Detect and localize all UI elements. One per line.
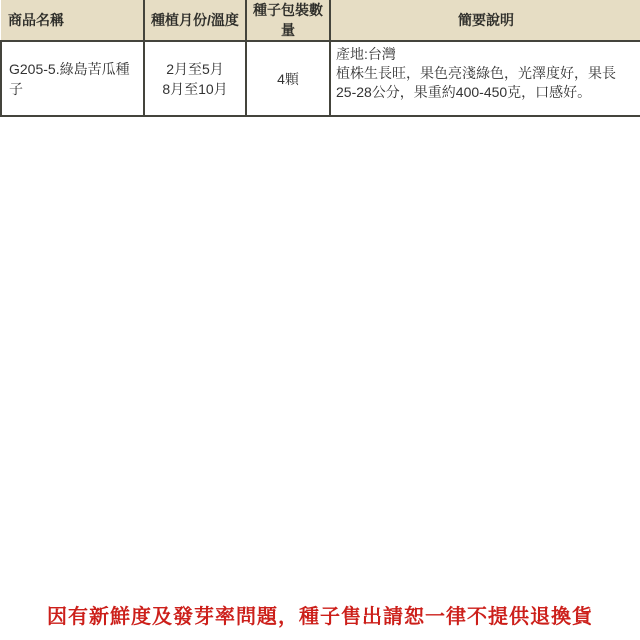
cell-product-name: G205-5.綠島苦瓜種子 — [1, 41, 144, 116]
planting-months-line2: 8月至10月 — [149, 79, 241, 99]
cell-planting-months: 2月至5月 8月至10月 — [144, 41, 246, 116]
cell-package-quantity: 4顆 — [246, 41, 330, 116]
description-origin: 產地:台灣 — [336, 45, 636, 64]
no-return-notice: 因有新鮮度及發芽率問題，種子售出請恕一律不提供退換貨 — [0, 603, 640, 631]
product-spec-page: 商品名稱 種植月份/溫度 種子包裝數量 簡要說明 G205-5.綠島苦瓜種子 2… — [0, 0, 640, 640]
header-package-quantity: 種子包裝數量 — [246, 0, 330, 41]
table-row: G205-5.綠島苦瓜種子 2月至5月 8月至10月 4顆 產地:台灣 植株生長… — [1, 41, 640, 116]
planting-months-line1: 2月至5月 — [149, 59, 241, 79]
header-product-name: 商品名稱 — [1, 0, 144, 41]
header-description: 簡要說明 — [330, 0, 640, 41]
description-body: 植株生長旺，果色亮淺綠色，光澤度好，果長25-28公分，果重約400-450克，… — [336, 64, 636, 102]
header-planting-months: 種植月份/溫度 — [144, 0, 246, 41]
table-header-row: 商品名稱 種植月份/溫度 種子包裝數量 簡要說明 — [1, 0, 640, 41]
product-spec-table: 商品名稱 種植月份/溫度 種子包裝數量 簡要說明 G205-5.綠島苦瓜種子 2… — [0, 0, 640, 117]
cell-description: 產地:台灣 植株生長旺，果色亮淺綠色，光澤度好，果長25-28公分，果重約400… — [330, 41, 640, 116]
